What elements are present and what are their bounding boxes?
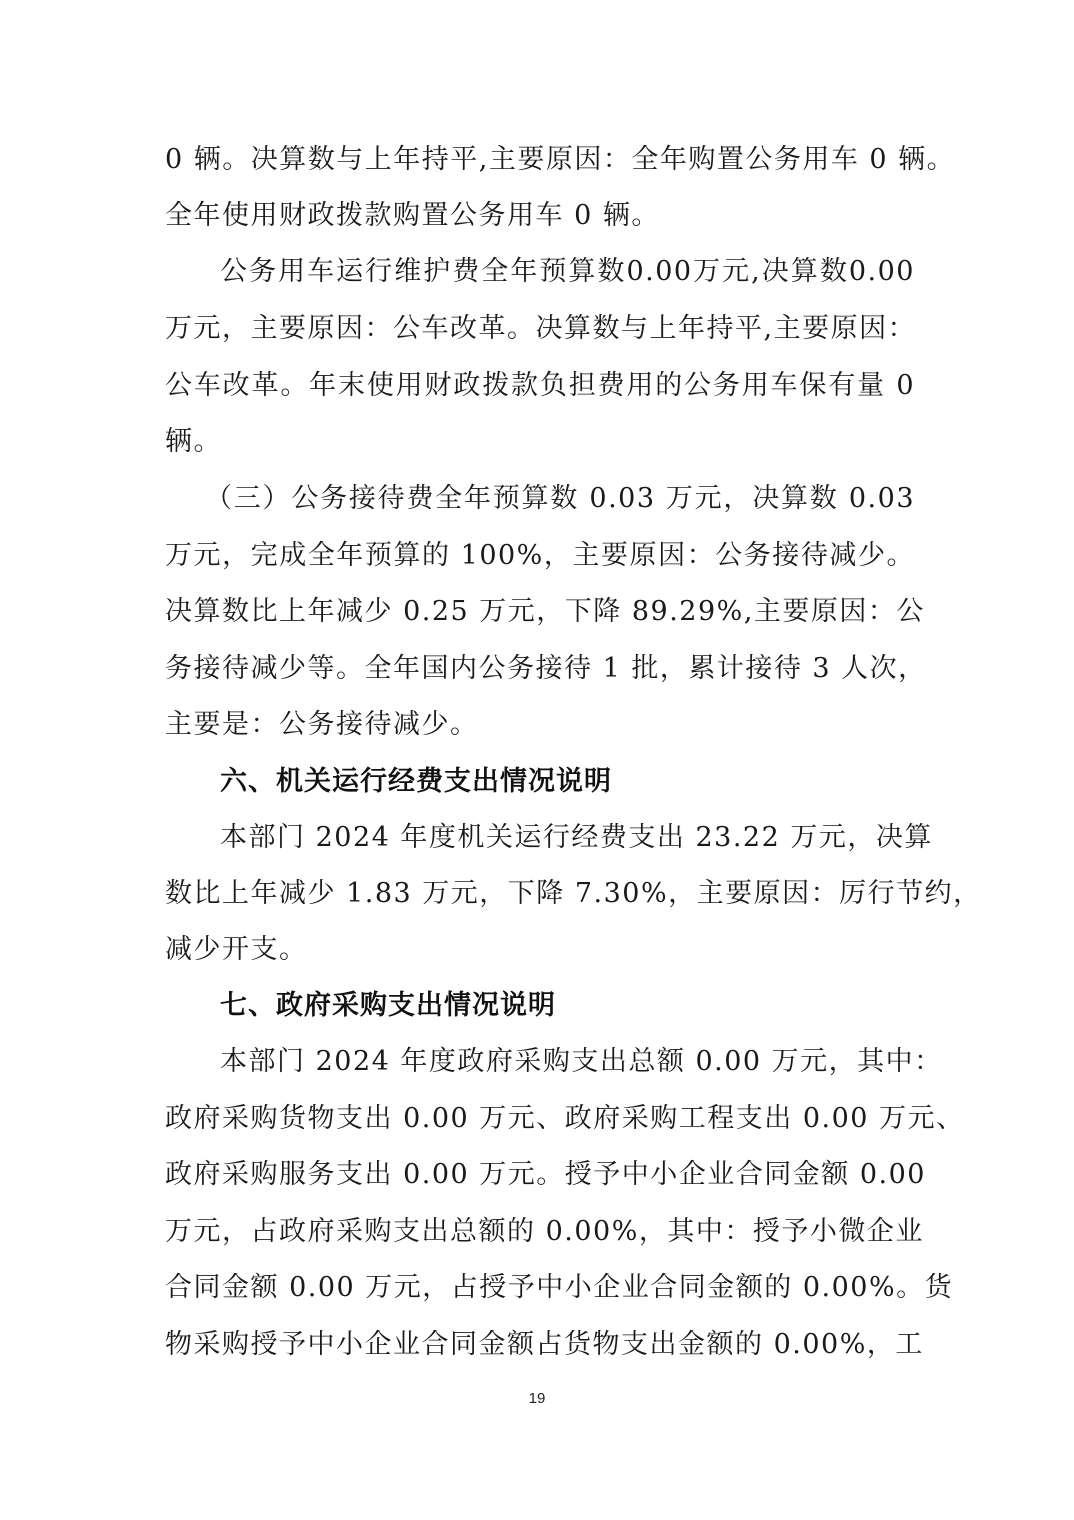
- paragraph-line: 万元，占政府采购支出总额的 0.00%，其中：授予小微企业: [165, 1212, 915, 1252]
- paragraph-line: 辆。: [165, 422, 915, 462]
- paragraph-line: 本部门 2024 年度机关运行经费支出 23.22 万元，决算: [220, 818, 915, 858]
- paragraph-line: 公务用车运行维护费全年预算数0.00万元,决算数0.00: [220, 252, 915, 292]
- paragraph-line: 合同金额 0.00 万元，占授予中小企业合同金额的 0.00%。货: [165, 1268, 915, 1308]
- section-heading: 六、机关运行经费支出情况说明: [220, 762, 612, 802]
- paragraph-line: 本部门 2024 年度政府采购支出总额 0.00 万元，其中：: [220, 1042, 915, 1082]
- paragraph-line: 公车改革。年末使用财政拨款负担费用的公务用车保有量 0: [165, 366, 915, 406]
- paragraph-line: 主要是：公务接待减少。: [165, 705, 915, 745]
- paragraph-line: 全年使用财政拨款购置公务用车 0 辆。: [165, 196, 915, 236]
- paragraph-line: 0 辆。决算数与上年持平,主要原因：全年购置公务用车 0 辆。: [165, 140, 915, 180]
- paragraph-line: 务接待减少等。全年国内公务接待 1 批，累计接待 3 人次，: [165, 649, 915, 689]
- paragraph-line: （三）公务接待费全年预算数 0.03 万元，决算数 0.03: [205, 479, 915, 519]
- paragraph-line: 数比上年减少 1.83 万元，下降 7.30%，主要原因：厉行节约，: [165, 874, 915, 914]
- paragraph-line: 政府采购货物支出 0.00 万元、政府采购工程支出 0.00 万元、: [165, 1099, 915, 1139]
- section-heading: 七、政府采购支出情况说明: [220, 986, 556, 1026]
- paragraph-line: 减少开支。: [165, 930, 915, 970]
- paragraph-line: 决算数比上年减少 0.25 万元，下降 89.29%,主要原因：公: [165, 592, 915, 632]
- paragraph-line: 物采购授予中小企业合同金额占货物支出金额的 0.00%，工: [165, 1325, 915, 1365]
- paragraph-line: 万元，主要原因：公车改革。决算数与上年持平,主要原因：: [165, 309, 915, 349]
- paragraph-line: 万元，完成全年预算的 100%，主要原因：公务接待减少。: [165, 536, 915, 576]
- page-number: 19: [0, 1390, 1074, 1407]
- paragraph-line: 政府采购服务支出 0.00 万元。授予中小企业合同金额 0.00: [165, 1155, 915, 1195]
- document-page: 0 辆。决算数与上年持平,主要原因：全年购置公务用车 0 辆。 全年使用财政拨款…: [0, 0, 1074, 1520]
